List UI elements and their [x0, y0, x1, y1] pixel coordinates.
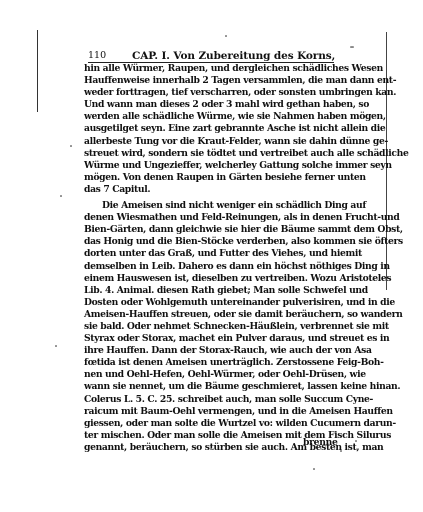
page-number: 110: [88, 49, 106, 63]
text-line: ter mischen. Oder man solle die Ameisen …: [84, 430, 336, 442]
text-line: giessen, oder man solte die Wurtzel vo: …: [84, 418, 336, 430]
text-line: Ameisen-Hauffen streuen, oder sie damit …: [84, 309, 336, 321]
text-line: Würme und Ungezieffer, welcherley Gattun…: [84, 160, 336, 172]
scan-speck: [70, 145, 72, 147]
text-line: Bien-Gärten, dann gleichwie sie hier die…: [84, 224, 336, 236]
text-line: demselben in Leib. Dahero es dann ein hö…: [84, 261, 336, 273]
scan-speck: [225, 35, 227, 37]
page-edge-left: [37, 30, 38, 112]
text-line: Colerus L. 5. C. 25. schreibet auch, man…: [84, 394, 336, 406]
text-line: streuet wird, sondern sie tödtet und ver…: [84, 148, 336, 160]
text-line: fœtida ist denen Ameisen unerträglich. Z…: [84, 357, 336, 369]
text-line: hin alle Würmer, Raupen, und dergleichen…: [84, 63, 336, 75]
text-line: Und wann man dieses 2 oder 3 mahl wird g…: [84, 99, 336, 111]
text-line: allerbeste Tung vor die Kraut-Felder, wa…: [84, 136, 336, 148]
book-page: 110 CAP. I. Von Zubereitung des Korns, h…: [0, 0, 423, 512]
body-text: hin alle Würmer, Raupen, und dergleichen…: [84, 63, 336, 454]
text-line: Dosten oder Wohlgemuth untereinander pul…: [84, 297, 336, 309]
text-line: mögen. Von denen Raupen in Gärten besieh…: [84, 172, 336, 184]
scan-speck: [340, 450, 342, 452]
page-header: 110 CAP. I. Von Zubereitung des Korns,: [88, 49, 334, 63]
text-line: raicum mit Baum-Oehl vermengen, und in d…: [84, 406, 336, 418]
text-line: weder forttragen, tief verscharren, oder…: [84, 87, 336, 99]
text-line: denen Wiesmathen und Feld-Reinungen, als…: [84, 212, 336, 224]
scan-speck: [350, 46, 354, 48]
text-line: das Honig und die Bien-Stöcke verderben,…: [84, 236, 336, 248]
text-line: wann sie nennet, um die Bäume geschmiere…: [84, 381, 336, 393]
scan-speck: [210, 448, 212, 450]
catchword: brenne: [303, 437, 338, 448]
text-line: nen und Oehl-Hefen, Oehl-Würmer, oder Oe…: [84, 369, 336, 381]
scan-speck: [60, 195, 62, 197]
text-line: Styrax oder Storax, machet ein Pulver da…: [84, 333, 336, 345]
running-head: CAP. I. Von Zubereitung des Korns,: [132, 49, 335, 63]
text-line: das 7 Capitul.: [84, 184, 336, 196]
text-line: ausgetilget seyn. Eine zart gebrannte As…: [84, 123, 336, 135]
paragraph-start-line: Die Ameisen sind nicht weniger ein schäd…: [84, 200, 336, 212]
text-line: werden alle schädliche Würme, wie sie Na…: [84, 111, 336, 123]
text-line: ihre Hauffen. Dann der Storax-Rauch, wie…: [84, 345, 336, 357]
text-line: Lib. 4. Animal. diesen Rath giebet; Man …: [84, 285, 336, 297]
scan-speck: [313, 468, 315, 470]
text-line: einem Hauswesen ist, dieselben zu vertre…: [84, 273, 336, 285]
text-line: dorten unter das Graß, und Futter des Vi…: [84, 248, 336, 260]
text-line: sie bald. Oder nehmet Schnecken-Häußlein…: [84, 321, 336, 333]
scan-speck: [55, 345, 57, 347]
text-line: Hauffenweise innerhalb 2 Tagen versammle…: [84, 75, 336, 87]
scan-speck: [352, 300, 354, 302]
scan-speck: [355, 440, 357, 442]
